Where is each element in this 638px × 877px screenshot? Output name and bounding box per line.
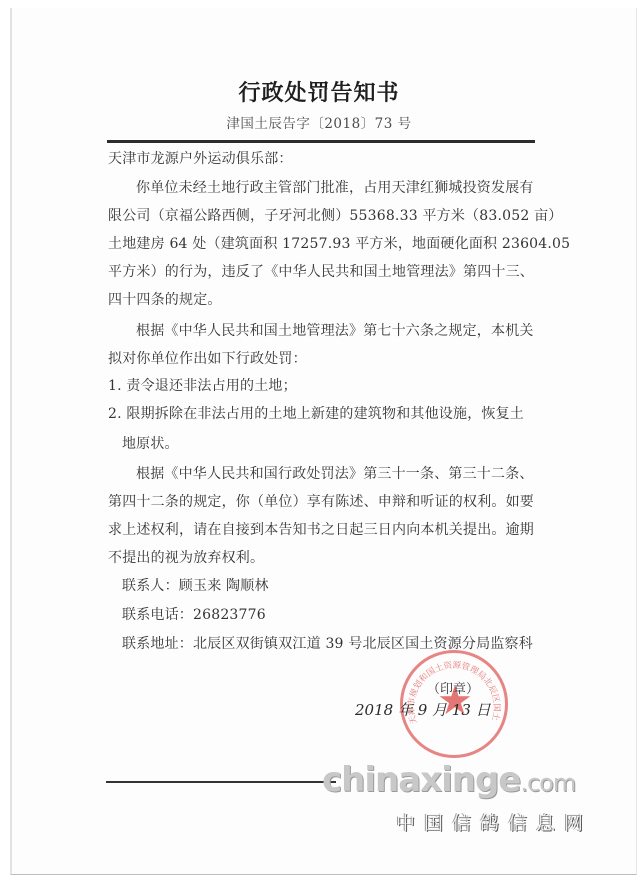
paragraph2-line2: 拟对你单位作出如下行政处罚： [108,345,538,373]
paragraph2-line1: 根据《中华人民共和国土地管理法》第七十六条之规定，本机关 [108,317,538,345]
stamp-label: （印章） [427,678,479,697]
footer-divider [106,781,336,783]
paragraph3-line4: 不提出的视为放弃权利。 [108,544,538,572]
watermark-tld: .com [520,769,575,797]
paragraph1-line5: 四十四条的规定。 [108,286,538,314]
paragraph1-line3: 土地建房 64 处（建筑面积 17257.93 平方米，地面硬化面积 23604… [108,230,538,258]
header-divider [107,140,535,143]
watermark-cn-name: 中国信鸽信息网 [396,808,592,835]
addressee: 天津市龙源户外运动俱乐部： [108,145,538,173]
paragraph3-line3: 求上述权利，请在自接到本告知书之日起三日内向本机关提出。逾期 [108,516,538,544]
paragraph3-line1: 根据《中华人民共和国行政处罚法》第三十一条、第三十二条、 [108,460,538,488]
paragraph1-line4: 平方米）的行为，违反了《中华人民共和国土地管理法》第四十三、 [108,258,538,286]
watermark-brand: chinaxinge [322,760,520,800]
paragraph1-line1: 你单位未经土地行政主管部门批准，占用天津红狮城投资发展有 [108,174,538,202]
document-number: 津国土辰告字〔2018〕73 号 [0,112,638,132]
contact-person: 联系人：顾玉来 陶顺林 [122,572,552,600]
signature-date: 2018 年 9 月 13 日 [355,699,491,720]
document-title: 行政处罚告知书 [0,76,638,107]
paragraph3-line2: 第四十二条的规定，你（单位）享有陈述、申辩和听证的权利。如要 [108,488,538,516]
penalty-item-2-cont: 地原状。 [108,430,538,458]
contact-phone: 联系电话：26823776 [122,601,552,629]
penalty-item-2: 2. 限期拆除在非法占用的土地上新建的建筑物和其他设施，恢复土 [108,400,538,428]
paragraph1-line2: 限公司（京福公路西侧，子牙河北侧）55368.33 平方米（83.052 亩） [108,202,538,230]
penalty-item-1: 1. 责令退还非法占用的土地； [108,372,538,400]
watermark-logo: chinaxinge.com [322,760,575,800]
